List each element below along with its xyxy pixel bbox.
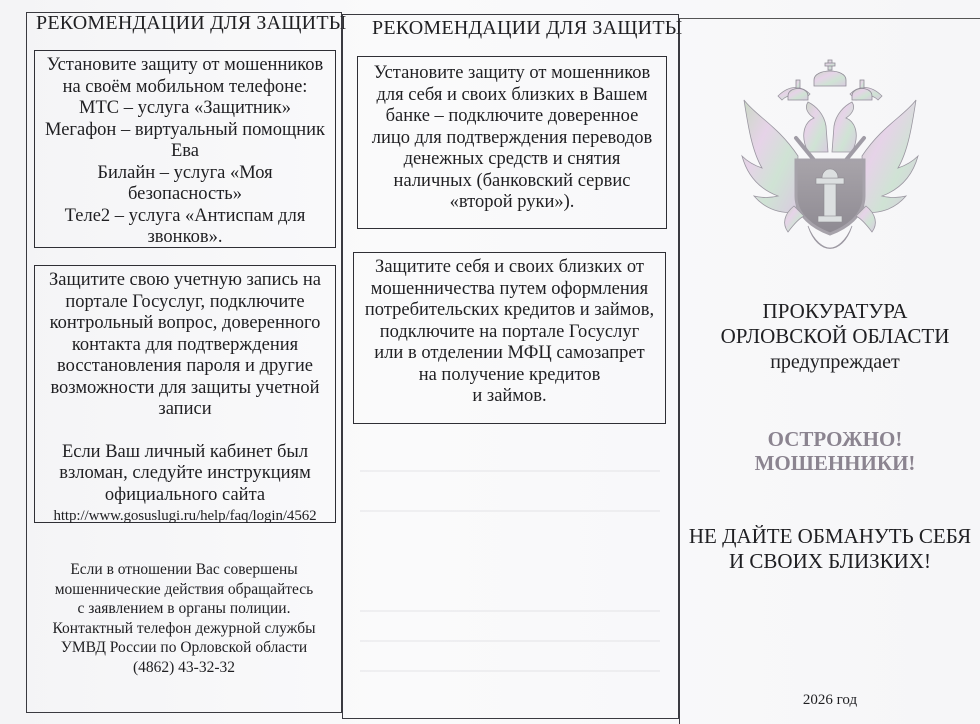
text-line: лицо для подтверждения переводов <box>358 128 666 150</box>
text-line: звонков». <box>35 227 335 249</box>
text-line: «второй руки»). <box>358 192 666 214</box>
text-line: Ева <box>35 141 335 163</box>
police-contact-block: Если в отношении Вас совершены мошенниче… <box>26 560 342 677</box>
text-line: для себя и своих близких в Вашем <box>358 85 666 107</box>
text-line: МТС – услуга «Защитник» <box>35 98 335 120</box>
org-name-line: ПРОКУРАТУРА <box>690 299 980 323</box>
text-line: записи <box>35 399 335 421</box>
warning-subtitle: МОШЕННИКИ! <box>690 451 980 475</box>
text-line: или в отделении МФЦ самозапрет <box>354 343 665 365</box>
text-line: УМВД России по Орловской области <box>26 638 342 658</box>
gosuslugi-help-url[interactable]: http://www.gosuslugi.ru/help/faq/login/4… <box>35 506 335 528</box>
text-line: безопасность» <box>35 184 335 206</box>
text-line: Теле2 – услуга «Антиспам для <box>35 206 335 228</box>
text-line: потребительских кредитов и займов, <box>354 300 665 322</box>
credit-ban-box: Защитите себя и своих близких от мошенни… <box>353 252 666 424</box>
prosecutor-emblem-icon <box>738 56 922 266</box>
text-line: портале Госуслуг, подключите <box>35 292 335 314</box>
warning-title: ОСТРОЖНО! <box>690 427 980 451</box>
year-label: 2026 год <box>680 692 980 709</box>
text-line: с заявлением в органы полиции. <box>26 599 342 619</box>
text-line: банке – подключите доверенное <box>358 106 666 128</box>
left-panel-heading: РЕКОМЕНДАЦИИ ДЛЯ ЗАЩИТЫ <box>36 12 346 35</box>
slogan-line: НЕ ДАЙТЕ ОБМАНУТЬ СЕБЯ <box>680 524 980 549</box>
slogan-line: И СВОИХ БЛИЗКИХ! <box>680 549 980 574</box>
police-phone: (4862) 43-32-32 <box>26 658 342 678</box>
gosuslugi-protection-box: Защитите свою учетную запись на портале … <box>34 265 336 523</box>
text-line: Контактный телефон дежурной службы <box>26 619 342 639</box>
text-line: денежных средств и снятия <box>358 149 666 171</box>
mobile-protection-box: Установите защиту от мошенников на своём… <box>34 50 336 248</box>
text-line: мошенничества путем оформления <box>354 279 665 301</box>
text-line: Защитите свою учетную запись на <box>35 270 335 292</box>
text-line: Установите защиту от мошенников <box>35 55 335 77</box>
text-line: на получение кредитов <box>354 365 665 387</box>
text-line: Установите защиту от мошенников <box>358 63 666 85</box>
org-warns-line: предупреждает <box>690 350 980 374</box>
leaflet-sheet: РЕКОМЕНДАЦИИ ДЛЯ ЗАЩИТЫ Установите защит… <box>0 0 980 724</box>
text-line: Если в отношении Вас совершены <box>26 560 342 580</box>
text-line: контакта для подтверждения <box>35 335 335 357</box>
middle-panel-heading: РЕКОМЕНДАЦИИ ДЛЯ ЗАЩИТЫ <box>372 17 682 40</box>
text-line: Билайн – услуга «Моя <box>35 163 335 185</box>
text-line: контрольный вопрос, доверенного <box>35 313 335 335</box>
text-line: возможности для защиты учетной <box>35 378 335 400</box>
text-line: Защитите себя и своих близких от <box>354 257 665 279</box>
text-line: Мегафон – виртуальный помощник <box>35 120 335 142</box>
text-line: Если Ваш личный кабинет был <box>35 442 335 464</box>
text-line: подключите на портале Госуслуг <box>354 322 665 344</box>
text-line: восстановления пароля и другие <box>35 356 335 378</box>
text-line: взломан, следуйте инструкциям <box>35 463 335 485</box>
text-line: официального сайта <box>35 485 335 507</box>
text-line: наличных (банковский сервис <box>358 171 666 193</box>
bank-protection-box: Установите защиту от мошенников для себя… <box>357 56 667 229</box>
text-line: на своём мобильном телефоне: <box>35 77 335 99</box>
text-line: мошеннические действия обращайтесь <box>26 580 342 600</box>
org-region-line: ОРЛОВСКОЙ ОБЛАСТИ <box>690 324 980 348</box>
text-line: и займов. <box>354 386 665 408</box>
